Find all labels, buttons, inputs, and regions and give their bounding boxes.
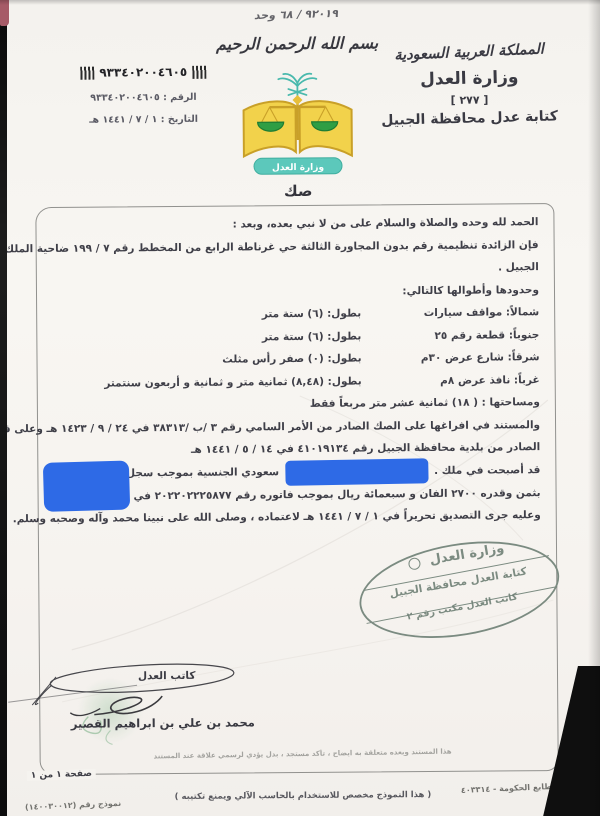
ownership-prefix: قد أصبحت في ملك . — [434, 459, 541, 482]
signature-scribble — [30, 645, 331, 767]
header-right: المملكة العربية السعودية وزارة العدل [ ٢… — [369, 44, 570, 128]
redaction-box-civil-id — [43, 460, 130, 511]
boundary-direction: شرقاً: شارع عرض ٣٠م — [361, 346, 539, 370]
ministry-name: وزارة العدل — [369, 66, 569, 91]
deed-body-text: الحمد لله وحده والصلاة والسلام على من لا… — [49, 211, 540, 530]
office-code: [ ٢٧٧ ] — [369, 93, 569, 108]
boundary-length: بطول: (٦) ستة متر — [262, 303, 362, 326]
stamp-emblem-icon — [408, 556, 422, 570]
document-number: الرقم : ٩٣٣٤٠٢٠٠٤٦٠٥ — [43, 91, 243, 104]
barcode-number: ٩٣٣٤٠٢٠٠٤٦٠٥ — [99, 65, 187, 80]
boundary-length: بطول: (٨,٤٨) ثمانية متر و ثمانية و أربعو… — [104, 370, 362, 395]
notary-signature-label: كاتب العدل — [138, 670, 196, 682]
header-left: ٩٣٣٤٠٢٠٠٤٦٠٥ الرقم : ٩٣٣٤٠٢٠٠٤٦٠٥ التاري… — [43, 64, 243, 126]
left-scan-edge — [0, 0, 7, 816]
palm-and-swords-icon — [278, 74, 316, 98]
notary-name: محمد بن علي بن ابراهيم القصير — [55, 715, 270, 731]
boundary-direction: جنوباً: قطعة رقم ٢٥ — [361, 324, 539, 348]
deed-title: صك — [0, 180, 598, 203]
computer-use-note: ( هذا النموذج مخصص للاستخدام بالحاسب الآ… — [153, 790, 453, 802]
pink-corner-mark — [0, 0, 9, 26]
redaction-box-owner-name — [285, 458, 428, 486]
barcode: ٩٣٣٤٠٢٠٠٤٦٠٥ — [43, 64, 243, 80]
ownership-line: قد أصبحت في ملك . سعودي الجنسية بموجب سج… — [51, 459, 540, 486]
notary-office-name: كتابة عدل محافظة الجبيل — [369, 108, 569, 129]
handwritten-note: ٩٢٠١٩ / ٦٨ وحد — [0, 0, 599, 28]
emblem-banner-text: وزارة العدل — [272, 163, 324, 173]
document-date: التاريخ : ١ / ٧ / ١٤٤١ هـ — [44, 113, 244, 126]
boundary-length: بطول: (٠) صفر رأس مثلث — [222, 348, 361, 372]
signature-block: كاتب العدل محمد بن علي بن ابراهيم القصير — [30, 645, 331, 767]
boundary-length: بطول: (٦) ستة متر — [262, 325, 362, 348]
barcode-bars-icon — [192, 65, 206, 78]
ministry-of-justice-emblem: وزارة العدل — [227, 69, 368, 175]
document-content: ٩٢٠١٩ / ٦٨ وحد بسم الله الرحمن الرحيم ال… — [0, 0, 600, 816]
greeting-line: الحمد لله وحده والصلاة والسلام على من لا… — [49, 211, 538, 237]
barcode-bars-icon — [80, 66, 94, 79]
boundary-direction: غرباً: نافذ عرض ٨م — [362, 369, 540, 393]
area-line: ومساحتها : ( ١٨) ثمانية عشر متر مربعاً ف… — [51, 391, 540, 417]
page-number: صفحة ١ من ١ — [27, 769, 97, 781]
boundary-direction: شمالاً: مواقف سيارات — [361, 301, 539, 325]
form-number: نموذج رقم (١٤٠٠٣٠٠١٢) — [25, 799, 122, 812]
